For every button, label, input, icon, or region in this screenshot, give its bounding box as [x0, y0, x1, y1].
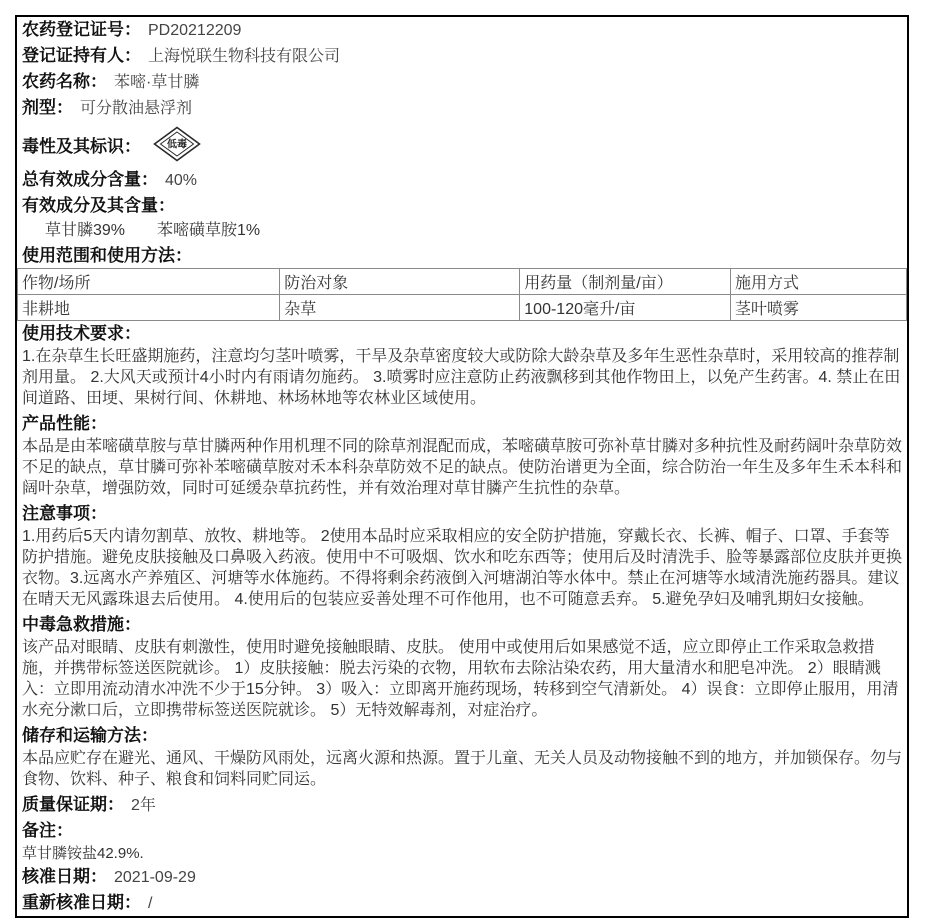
- usage-cell-crop: 非耕地: [18, 295, 280, 321]
- field-value: 可分散油悬浮剂: [80, 100, 192, 117]
- field-approval-date: 核准日期：2021-09-29: [17, 864, 907, 890]
- field-quality-guarantee-period: 质量保证期：2年: [17, 792, 907, 818]
- active-ingredients-title: 有效成分及其含量：: [17, 193, 907, 218]
- section-body-product-performance: 本品是由苯嘧磺草胺与草甘膦两种作用机理不同的除草剂混配而成，苯嘧磺草胺可弥补草甘…: [17, 436, 907, 501]
- field-value: /: [148, 895, 152, 912]
- registration-info-sheet: 农药登记证号：PD20212209 登记证持有人：上海悦联生物科技有限公司 农药…: [15, 15, 909, 918]
- section-body-first-aid: 该产品对眼睛、皮肤有刺激性，使用时避免接触眼睛、皮肤。 使用中或使用后如果感觉不…: [17, 637, 907, 723]
- field-label: 核准日期：: [22, 867, 107, 886]
- field-value: 40%: [165, 172, 197, 189]
- section-body-storage-transport: 本品应贮存在避光、通风、干燥防风雨处，远离火源和热源。置于儿童、无关人员及动物接…: [17, 748, 907, 792]
- field-registration-number: 农药登记证号：PD20212209: [17, 17, 907, 43]
- usage-table-title: 使用范围和使用方法：: [17, 243, 907, 268]
- field-formulation-type: 剂型：可分散油悬浮剂: [17, 95, 907, 121]
- field-certificate-holder: 登记证持有人：上海悦联生物科技有限公司: [17, 43, 907, 69]
- usage-col-header-crop: 作物/场所: [18, 269, 280, 295]
- section-title-technical-requirements: 使用技术要求：: [17, 321, 907, 346]
- usage-cell-target: 杂草: [280, 295, 520, 321]
- low-toxicity-label: 低毒: [167, 138, 187, 151]
- field-toxicity: 毒性及其标识： 低毒: [17, 121, 907, 167]
- field-label: 毒性及其标识：: [22, 132, 141, 157]
- field-label: 剂型：: [22, 98, 73, 117]
- usage-cell-method: 茎叶喷雾: [730, 295, 906, 321]
- usage-table-row: 非耕地 杂草 100-120毫升/亩 茎叶喷雾: [18, 295, 907, 321]
- field-pesticide-name: 农药名称：苯嘧·草甘膦: [17, 69, 907, 95]
- remark-value: 草甘膦铵盐42.9%.: [17, 843, 907, 864]
- section-title-precautions: 注意事项：: [17, 501, 907, 526]
- field-label: 总有效成分含量：: [22, 170, 158, 189]
- field-label: 农药登记证号：: [22, 20, 141, 39]
- remark-title: 备注：: [17, 818, 907, 843]
- field-label: 重新核准日期：: [22, 893, 141, 912]
- section-body-precautions: 1.用药后5天内请勿割草、放牧、耕地等。 2使用本品时应采取相应的安全防护措施，…: [17, 526, 907, 612]
- section-body-technical-requirements: 1.在杂草生长旺盛期施药，注意均匀茎叶喷雾，干旱及杂草密度较大或防除大龄杂草及多…: [17, 346, 907, 411]
- section-title-first-aid: 中毒急救措施：: [17, 612, 907, 637]
- usage-table-header-row: 作物/场所 防治对象 用药量（制剂量/亩） 施用方式: [18, 269, 907, 295]
- field-value: 苯嘧·草甘膦: [114, 74, 199, 91]
- field-label: 登记证持有人：: [22, 46, 141, 65]
- usage-col-header-dosage: 用药量（制剂量/亩）: [520, 269, 731, 295]
- field-reapproval-date: 重新核准日期：/: [17, 890, 907, 916]
- usage-col-header-method: 施用方式: [730, 269, 906, 295]
- field-value: PD20212209: [148, 22, 241, 39]
- section-title-storage-transport: 储存和运输方法：: [17, 723, 907, 748]
- section-title-product-performance: 产品性能：: [17, 411, 907, 436]
- field-value: 2021-09-29: [114, 869, 196, 886]
- low-toxicity-icon: 低毒: [153, 126, 201, 162]
- active-ingredients-value: 草甘膦39% 苯嘧磺草胺1%: [17, 218, 907, 243]
- usage-cell-dosage: 100-120毫升/亩: [520, 295, 731, 321]
- field-value: 2年: [131, 797, 156, 814]
- field-total-active-content: 总有效成分含量：40%: [17, 167, 907, 193]
- field-label: 质量保证期：: [22, 795, 124, 814]
- field-label: 农药名称：: [22, 72, 107, 91]
- field-value: 上海悦联生物科技有限公司: [148, 48, 340, 65]
- usage-table: 作物/场所 防治对象 用药量（制剂量/亩） 施用方式 非耕地 杂草 100-12…: [17, 268, 907, 321]
- usage-col-header-target: 防治对象: [280, 269, 520, 295]
